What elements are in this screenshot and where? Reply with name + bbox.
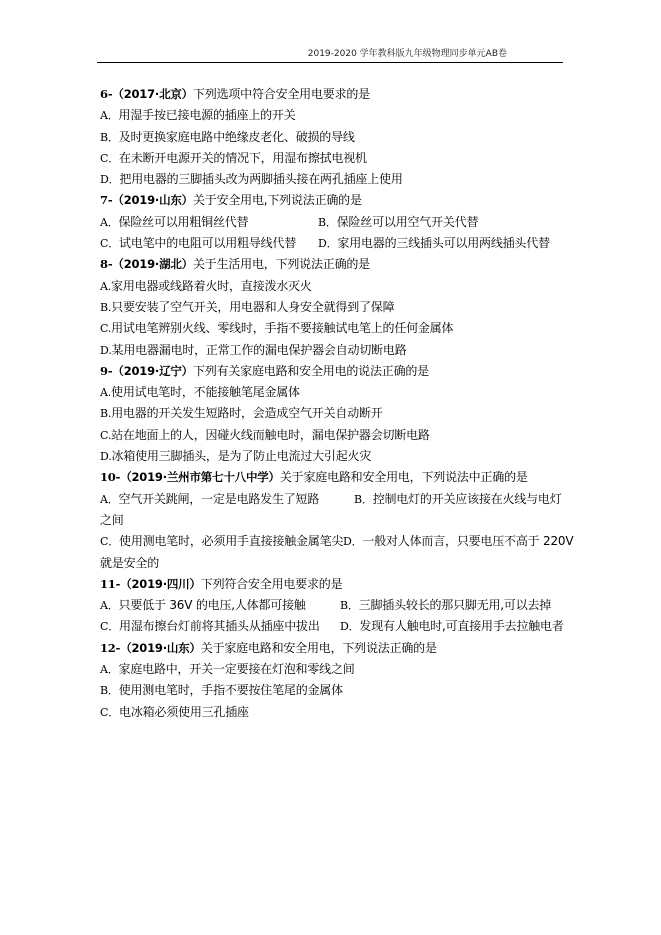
question-number: 12 [100,641,116,655]
page-header: 2019-2020 学年教科版九年级物理同步单元AB卷 [97,46,563,63]
option-text: 站在地面上的人，因碰火线而触电时，漏电保护器会切断电路 [111,428,430,442]
question-text: 关于家庭电路和安全用电，下列说法中正确的是 [280,470,528,484]
question-text: 下列有关家庭电路和安全用电的说法正确的是 [193,364,429,378]
option-text: 冰箱使用三脚插头，是为了防止电流过大引起火灾 [112,449,372,463]
page-header-title: 2019-2020 学年教科版九年级物理同步单元AB卷 [308,48,507,60]
options-row-ab: A．只要低于 36V 的电压,人体都可接触 B．三脚插头较长的那只脚无用,可以去… [100,595,566,616]
question-stem: 7-（2019·山东）关于安全用电,下列说法正确的是 [100,190,566,211]
question-source: （2019·山东） [112,193,193,207]
option-a: A．家庭电路中，开关一定要接在灯泡和零线之间 [100,659,566,680]
option-text: 只要低于 36V 的电压,人体都可接触 [119,598,306,612]
option-text: 控制电灯的开关应该接在火线与电灯 [373,492,562,506]
option-letter: B． [100,684,119,697]
option-letter: B． [100,131,119,144]
question-source: （2019·湖北） [112,257,193,271]
option-text: 使用试电笔时，不能接触笔尾金属体 [111,385,300,399]
option-letter: A． [100,599,119,612]
option-a: A.家用电器或线路着火时，直接泼水灭火 [100,276,566,297]
option-letter: A. [100,280,111,293]
question-stem: 8-（2019·湖北）关于生活用电，下列说法正确的是 [100,254,566,275]
question-stem: 12-（2019·山东）关于家庭电路和安全用电，下列说法正确的是 [100,638,566,659]
option-letter: D． [343,535,362,548]
question-list: 6-（2017·北京）下列选项中符合安全用电要求的是 A．用湿手按已接电源的插座… [100,84,566,723]
question-text: 下列选项中符合安全用电要求的是 [193,87,370,101]
question-source: （2019·辽宁） [112,364,193,378]
option-text: 保险丝可以用空气开关代替 [337,215,479,229]
option-letter: C． [100,706,119,719]
option-text: 某用电器漏电时，正常工作的漏电保护器会自动切断电路 [112,343,407,357]
question-text: 下列符合安全用电要求的是 [201,577,343,591]
question-text: 关于家庭电路和安全用电，下列说法正确的是 [201,641,437,655]
option-d: D.冰箱使用三脚插头，是为了防止电流过大引起火灾 [100,446,566,467]
option-letter: D. [100,344,112,357]
option-letter: B． [318,216,337,229]
option-b: B．控制电灯的开关应该接在火线与电灯 [354,489,562,510]
option-c: C．电冰箱必须使用三孔插座 [100,702,566,723]
option-b: B．保险丝可以用空气开关代替 [318,212,478,233]
option-letter: A． [100,216,119,229]
question-9: 9-（2019·辽宁）下列有关家庭电路和安全用电的说法正确的是 A.使用试电笔时… [100,361,566,467]
option-text: 用湿手按已接电源的插座上的开关 [119,108,296,122]
option-b: B.用电器的开关发生短路时，会造成空气开关自动断开 [100,403,566,424]
option-d: D.某用电器漏电时，正常工作的漏电保护器会自动切断电路 [100,340,566,361]
option-text: 在未断开电源开关的情况下，用湿布擦拭电视机 [119,151,367,165]
question-6: 6-（2017·北京）下列选项中符合安全用电要求的是 A．用湿手按已接电源的插座… [100,84,566,190]
option-text: 电冰箱必须使用三孔插座 [119,705,249,719]
option-letter: B． [340,599,359,612]
option-a: A．只要低于 36V 的电压,人体都可接触 [100,595,340,616]
option-letter: D． [340,620,359,633]
option-text: 及时更换家庭电路中绝缘皮老化、破损的导线 [119,130,355,144]
question-number: 7 [100,193,108,207]
option-text: 发现有人触电时,可直接用手去拉触电者 [359,619,563,633]
question-stem: 6-（2017·北京）下列选项中符合安全用电要求的是 [100,84,566,105]
question-text: 关于安全用电,下列说法正确的是 [193,193,362,207]
option-d: D．家用电器的三线插头可以用两线插头代替 [318,233,550,254]
options-row-cd: C．试电笔中的电阻可以用粗导线代替 D．家用电器的三线插头可以用两线插头代替 [100,233,566,254]
question-number: 11 [100,577,116,591]
option-letter: D． [318,237,337,250]
option-letter: C． [100,237,119,250]
question-source: （2019·山东） [120,641,201,655]
option-c: C．用湿布擦台灯前将其插头从插座中拔出 [100,616,340,637]
option-letter: B. [100,407,111,420]
option-letter: A． [100,493,119,506]
option-text: 空气开关跳闸，一定是电路发生了短路 [119,492,320,506]
option-letter: C. [100,429,111,442]
option-c: C.用试电笔辨别火线、零线时，手指不要接触试电笔上的任何金属体 [100,318,566,339]
question-source: （2017·北京） [112,87,193,101]
option-text: 试电笔中的电阻可以用粗导线代替 [119,236,296,250]
option-b-continuation: 之间 [100,510,566,531]
option-text: 家用电器的三线插头可以用两线插头代替 [337,236,549,250]
question-number: 10 [100,470,116,484]
option-letter: A． [100,109,119,122]
question-number: 8 [100,257,108,271]
question-number: 6 [100,87,108,101]
option-letter: B. [100,301,111,314]
question-text: 关于生活用电，下列说法正确的是 [193,257,370,271]
option-d: D．发现有人触电时,可直接用手去拉触电者 [340,616,564,637]
option-a: A．空气开关跳闸，一定是电路发生了短路 [100,489,354,510]
option-b: B．三脚插头较长的那只脚无用,可以去掉 [340,595,551,616]
option-c: C．试电笔中的电阻可以用粗导线代替 [100,233,318,254]
question-stem: 11-（2019·四川）下列符合安全用电要求的是 [100,574,566,595]
question-source: （2019·四川） [120,577,201,591]
question-12: 12-（2019·山东）关于家庭电路和安全用电，下列说法正确的是 A．家庭电路中… [100,638,566,723]
option-c: C．使用测电笔时，必须用手直接接触金属笔尖 [100,531,343,552]
option-a: A.使用试电笔时，不能接触笔尾金属体 [100,382,566,403]
option-text: 只要安装了空气开关，用电器和人身安全就得到了保障 [111,300,394,314]
question-11: 11-（2019·四川）下列符合安全用电要求的是 A．只要低于 36V 的电压,… [100,574,566,638]
option-letter: C． [100,152,119,165]
question-8: 8-（2019·湖北）关于生活用电，下列说法正确的是 A.家用电器或线路着火时，… [100,254,566,360]
option-d-continuation: 就是安全的 [100,553,566,574]
option-d: D．把用电器的三脚插头改为两脚插头接在两孔插座上使用 [100,169,566,190]
option-text: 用试电笔辨别火线、零线时，手指不要接触试电笔上的任何金属体 [111,321,453,335]
option-c: C．在未断开电源开关的情况下，用湿布擦拭电视机 [100,148,566,169]
options-row-ab: A．保险丝可以用粗铜丝代替 B．保险丝可以用空气开关代替 [100,212,566,233]
option-letter: D． [100,173,119,186]
option-a: A．保险丝可以用粗铜丝代替 [100,212,318,233]
options-row-cd: C．用湿布擦台灯前将其插头从插座中拔出 D．发现有人触电时,可直接用手去拉触电者 [100,616,566,637]
option-d: D．一般对人体而言，只要电压不高于 220V [343,531,573,552]
option-text: 保险丝可以用粗铜丝代替 [119,215,249,229]
option-letter: C. [100,322,111,335]
option-text: 把用电器的三脚插头改为两脚插头接在两孔插座上使用 [119,172,402,186]
question-stem: 10-（2019·兰州市第七十八中学）关于家庭电路和安全用电，下列说法中正确的是 [100,467,566,488]
option-c: C.站在地面上的人，因碰火线而触电时，漏电保护器会切断电路 [100,425,566,446]
question-10: 10-（2019·兰州市第七十八中学）关于家庭电路和安全用电，下列说法中正确的是… [100,467,566,573]
option-text: 使用测电笔时，必须用手直接接触金属笔尖 [119,534,343,548]
options-row-ab: A．空气开关跳闸，一定是电路发生了短路 B．控制电灯的开关应该接在火线与电灯 [100,489,566,510]
question-stem: 9-（2019·辽宁）下列有关家庭电路和安全用电的说法正确的是 [100,361,566,382]
question-7: 7-（2019·山东）关于安全用电,下列说法正确的是 A．保险丝可以用粗铜丝代替… [100,190,566,254]
option-b: B．及时更换家庭电路中绝缘皮老化、破损的导线 [100,127,566,148]
question-number: 9 [100,364,108,378]
option-text: 家庭电路中，开关一定要接在灯泡和零线之间 [119,662,355,676]
option-letter: B． [354,493,373,506]
question-source: （2019·兰州市第七十八中学） [120,470,280,484]
option-text: 三脚插头较长的那只脚无用,可以去掉 [359,598,551,612]
options-row-cd: C．使用测电笔时，必须用手直接接触金属笔尖 D．一般对人体而言，只要电压不高于 … [100,531,566,552]
option-text: 用电器的开关发生短路时，会造成空气开关自动断开 [111,406,382,420]
option-b: B．使用测电笔时，手指不要按住笔尾的金属体 [100,680,566,701]
option-letter: C． [100,620,119,633]
option-text: 使用测电笔时，手指不要按住笔尾的金属体 [119,683,343,697]
option-text: 用湿布擦台灯前将其插头从插座中拔出 [119,619,320,633]
option-a: A．用湿手按已接电源的插座上的开关 [100,105,566,126]
option-b: B.只要安装了空气开关，用电器和人身安全就得到了保障 [100,297,566,318]
option-letter: C． [100,535,119,548]
option-letter: D. [100,450,112,463]
option-letter: A. [100,386,111,399]
option-letter: A． [100,663,119,676]
option-text: 一般对人体而言，只要电压不高于 220V [362,534,573,548]
option-text: 家用电器或线路着火时，直接泼水灭火 [111,279,312,293]
